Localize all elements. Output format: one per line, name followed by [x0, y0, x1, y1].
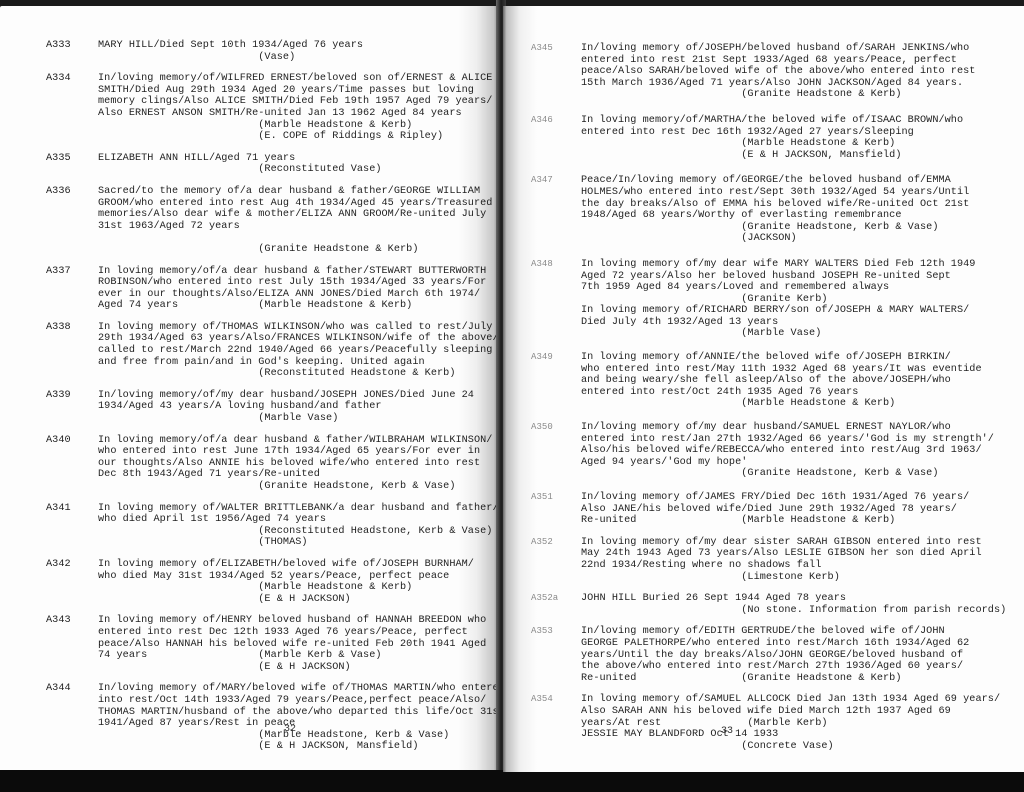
record-entry: A346In loving memory/of/MARTHA/the belov…	[531, 115, 1001, 161]
record-line: In/loving memory of/my dear husband/SAMU…	[581, 422, 1001, 434]
record-id: A343	[46, 615, 71, 627]
record-line	[98, 232, 486, 244]
record-line: entered into rest/Jan 27th 1932/Aged 66 …	[581, 434, 1001, 446]
record-line: In/loving memory of/EDITH GERTRUDE/the b…	[581, 626, 1001, 638]
record-line: called to rest/March 22nd 1940/Aged 66 y…	[98, 345, 486, 357]
record-inscription: In loving memory of/ANNIE/the beloved wi…	[581, 352, 1001, 410]
record-inscription: In/loving memory of/JOSEPH/beloved husba…	[581, 43, 1001, 101]
record-memorial-note: (Granite Headstone, Kerb & Vase)	[581, 468, 1001, 480]
record-line: Peace/In/loving memory of/GEORGE/the bel…	[581, 175, 1001, 187]
record-line: 29th 1934/Aged 63 years/Also/FRANCES WIL…	[98, 333, 486, 345]
page-number-right: 33	[721, 726, 733, 737]
record-line: In loving memory of/my dear wife MARY WA…	[581, 259, 1001, 271]
record-id: A339	[46, 390, 71, 402]
record-id: A336	[46, 186, 71, 198]
record-line: JESSIE MAY BLANDFORD Oct 14 1933	[581, 729, 1001, 741]
left-entries: A333MARY HILL/Died Sept 10th 1934/Aged 7…	[46, 40, 486, 753]
record-entry: A352aJOHN HILL Buried 26 Sept 1944 Aged …	[531, 593, 1001, 616]
record-entry: A340In loving memory/of/a dear husband &…	[46, 435, 486, 493]
record-line: into rest/Oct 14th 1933/Aged 79 years/Pe…	[98, 695, 486, 707]
record-id: A341	[46, 503, 71, 515]
record-line: In loving memory of/RICHARD BERRY/son of…	[581, 305, 1001, 317]
record-line: who entered into rest June 17th 1934/Age…	[98, 446, 486, 458]
record-memorial-note: (Limestone Kerb)	[581, 572, 1001, 584]
record-memorial-note: (E & H JACKSON, Mansfield)	[98, 741, 486, 753]
record-memorial-note: (Marble Headstone & Kerb)	[98, 582, 486, 594]
record-line: entered into rest Dec 16th 1932/Aged 27 …	[581, 127, 1001, 139]
record-memorial-note: (Concrete Vase)	[581, 741, 1001, 753]
record-inscription: In/loving memory of/MARY/beloved wife of…	[98, 683, 486, 753]
record-inscription: In loving memory/of/a dear husband & fat…	[98, 266, 486, 312]
record-line: our thoughts/Also ANNIE his beloved wife…	[98, 458, 486, 470]
record-line: years/Until the day breaks/Also/JOHN GEO…	[581, 650, 1001, 662]
record-memorial-note: (Vase)	[98, 52, 486, 64]
record-entry: A342In loving memory of/ELIZABETH/belove…	[46, 559, 486, 605]
record-entry: A336Sacred/to the memory of/a dear husba…	[46, 186, 486, 256]
record-line: Also ERNEST ANSON SMITH/Re-united Jan 13…	[98, 108, 486, 120]
record-line: 22nd 1934/Resting where no shadows fall	[581, 560, 1001, 572]
record-id: A338	[46, 322, 71, 334]
record-line: peace/Also HANNAH his beloved wife re-un…	[98, 639, 486, 651]
record-memorial-note: (E & H JACKSON)	[98, 594, 486, 606]
record-line: Also SARAH ANN his beloved wife Died Mar…	[581, 706, 1001, 718]
record-memorial-note: (E & H JACKSON, Mansfield)	[581, 150, 1001, 162]
record-line: who died April 1st 1956/Aged 74 years	[98, 514, 486, 526]
record-inscription: In loving memory of/ELIZABETH/beloved wi…	[98, 559, 486, 605]
record-memorial-note: (Granite Headstone & Kerb)	[98, 244, 486, 256]
record-line: 1934/Aged 43 years/A loving husband/and …	[98, 401, 486, 413]
record-line: entered into rest/Oct 24th 1935 Aged 76 …	[581, 387, 1001, 399]
record-inscription: In loving memory of/HENRY beloved husban…	[98, 615, 486, 673]
record-line: Dec 8th 1943/Aged 71 years/Re-united	[98, 469, 486, 481]
record-line: In loving memory/of/a dear husband & fat…	[98, 266, 486, 278]
record-line: Re-united (Marble Headstone & Kerb)	[581, 515, 1001, 527]
record-entry: A354In loving memory of/SAMUEL ALLCOCK D…	[531, 694, 1001, 752]
record-inscription: Peace/In/loving memory of/GEORGE/the bel…	[581, 175, 1001, 245]
record-memorial-note: (JACKSON)	[581, 233, 1001, 245]
record-inscription: In/loving memory/of/WILFRED ERNEST/belov…	[98, 73, 486, 143]
record-entry: A341In loving memory of/WALTER BRITTLEBA…	[46, 503, 486, 549]
right-page: A345In/loving memory of/JOSEPH/beloved h…	[503, 6, 1024, 772]
record-inscription: Sacred/to the memory of/a dear husband &…	[98, 186, 486, 256]
record-line: In loving memory of/SAMUEL ALLCOCK Died …	[581, 694, 1001, 706]
page-number-left: 32	[284, 724, 296, 735]
record-entry: A350In/loving memory of/my dear husband/…	[531, 422, 1001, 480]
record-line: In loving memory/of/MARTHA/the beloved w…	[581, 115, 1001, 127]
left-page: A333MARY HILL/Died Sept 10th 1934/Aged 7…	[0, 6, 500, 770]
record-memorial-note: (No stone. Information from parish recor…	[581, 605, 1001, 617]
record-line: 15th March 1936/Aged 71 years/Also JOHN …	[581, 78, 1001, 90]
record-id: A335	[46, 153, 71, 165]
record-memorial-note: (E. COPE of Riddings & Ripley)	[98, 131, 486, 143]
record-memorial-note: (THOMAS)	[98, 537, 486, 549]
record-memorial-note: (Marble Headstone & Kerb)	[581, 398, 1001, 410]
record-line: Also/his beloved wife/REBECCA/who entere…	[581, 445, 1001, 457]
record-inscription: In loving memory of/my dear sister SARAH…	[581, 537, 1001, 583]
record-entry: A339In/loving memory/of/my dear husband/…	[46, 390, 486, 425]
record-line: In loving memory/of/a dear husband & fat…	[98, 435, 486, 447]
record-line: Aged 72 years/Also her beloved husband J…	[581, 271, 1001, 283]
record-line: and being weary/she fell asleep/Also of …	[581, 375, 1001, 387]
record-line: In loving memory of/THOMAS WILKINSON/who…	[98, 322, 486, 334]
record-inscription: MARY HILL/Died Sept 10th 1934/Aged 76 ye…	[98, 40, 486, 63]
record-line: JOHN HILL Buried 26 Sept 1944 Aged 78 ye…	[581, 593, 1001, 605]
record-line: Also JANE/his beloved wife/Died June 29t…	[581, 504, 1001, 516]
record-entry: A343In loving memory of/HENRY beloved hu…	[46, 615, 486, 673]
record-line: entered into rest Dec 12th 1933 Aged 76 …	[98, 627, 486, 639]
record-memorial-note: (Reconstituted Headstone, Kerb & Vase)	[98, 526, 486, 538]
record-line: In loving memory of/ELIZABETH/beloved wi…	[98, 559, 486, 571]
record-line: 74 years (Marble Kerb & Vase)	[98, 650, 486, 662]
record-line: ELIZABETH ANN HILL/Aged 71 years	[98, 153, 486, 165]
gutter-shadow-left	[458, 6, 500, 770]
record-inscription: In loving memory of/my dear wife MARY WA…	[581, 259, 1001, 340]
record-memorial-note: (Granite Kerb)	[581, 294, 1001, 306]
right-entries: A345In/loving memory of/JOSEPH/beloved h…	[531, 43, 1001, 752]
record-inscription: In/loving memory of/EDITH GERTRUDE/the b…	[581, 626, 1001, 684]
record-inscription: ELIZABETH ANN HILL/Aged 71 years (Recons…	[98, 153, 486, 176]
record-line: In/loving memory of/JAMES FRY/Died Dec 1…	[581, 492, 1001, 504]
record-id: A344	[46, 683, 71, 695]
record-memorial-note: (Reconstituted Vase)	[98, 164, 486, 176]
record-line: In loving memory of/my dear sister SARAH…	[581, 537, 1001, 549]
record-entry: A335ELIZABETH ANN HILL/Aged 71 years (Re…	[46, 153, 486, 176]
record-line: In/loving memory of/MARY/beloved wife of…	[98, 683, 486, 695]
record-entry: A349In loving memory of/ANNIE/the belove…	[531, 352, 1001, 410]
record-entry: A352In loving memory of/my dear sister S…	[531, 537, 1001, 583]
record-line: 31st 1963/Aged 72 years	[98, 221, 486, 233]
record-memorial-note: (Reconstituted Headstone & Kerb)	[98, 368, 486, 380]
record-line: the day breaks/Also of EMMA his beloved …	[581, 199, 1001, 211]
record-line: THOMAS MARTIN/husband of the above/who d…	[98, 707, 486, 719]
record-line: and free from pain/and in God's keeping.…	[98, 357, 486, 369]
record-line: Aged 94 years/'God my hope'	[581, 457, 1001, 469]
record-line: GEORGE PALETHORPE/who entered into rest/…	[581, 638, 1001, 650]
record-id: A333	[46, 40, 71, 52]
record-inscription: In loving memory of/THOMAS WILKINSON/who…	[98, 322, 486, 380]
record-line: GROOM/who entered into rest Aug 4th 1934…	[98, 198, 486, 210]
record-line: In/loving memory of/JOSEPH/beloved husba…	[581, 43, 1001, 55]
record-memorial-note: (Marble Headstone & Kerb)	[581, 138, 1001, 150]
record-line: memory clings/Also ALICE SMITH/Died Feb …	[98, 96, 486, 108]
record-entry: A353In/loving memory of/EDITH GERTRUDE/t…	[531, 626, 1001, 684]
record-line: Aged 74 years (Marble Headstone & Kerb)	[98, 300, 486, 312]
record-inscription: In loving memory/of/a dear husband & fat…	[98, 435, 486, 493]
record-line: who entered into rest/May 11th 1932 Aged…	[581, 364, 1001, 376]
record-id: A340	[46, 435, 71, 447]
record-entry: A334In/loving memory/of/WILFRED ERNEST/b…	[46, 73, 486, 143]
record-line: SMITH/Died Aug 29th 1934 Aged 20 years/T…	[98, 85, 486, 97]
record-id: A334	[46, 73, 71, 85]
record-id: A342	[46, 559, 71, 571]
record-memorial-note: (Marble Vase)	[581, 328, 1001, 340]
record-memorial-note: (Granite Headstone & Kerb)	[581, 89, 1001, 101]
record-line: MARY HILL/Died Sept 10th 1934/Aged 76 ye…	[98, 40, 486, 52]
record-line: years/At rest (Marble Kerb)	[581, 718, 1001, 730]
record-line: the above/who entered into rest/March 27…	[581, 661, 1001, 673]
record-entry: A338In loving memory of/THOMAS WILKINSON…	[46, 322, 486, 380]
record-entry: A344In/loving memory of/MARY/beloved wif…	[46, 683, 486, 753]
record-line: peace/Also SARAH/beloved wife of the abo…	[581, 66, 1001, 78]
record-memorial-note: (Granite Headstone, Kerb & Vase)	[581, 222, 1001, 234]
record-line: 7th 1959 Aged 84 years/Loved and remembe…	[581, 282, 1001, 294]
record-inscription: JOHN HILL Buried 26 Sept 1944 Aged 78 ye…	[581, 593, 1001, 616]
gutter-shadow-right	[503, 6, 537, 772]
record-inscription: In/loving memory/of/my dear husband/JOSE…	[98, 390, 486, 425]
record-line: May 24th 1943 Aged 73 years/Also LESLIE …	[581, 548, 1001, 560]
record-line: In/loving memory/of/WILFRED ERNEST/belov…	[98, 73, 486, 85]
record-line: who died May 31st 1934/Aged 52 years/Pea…	[98, 571, 486, 583]
record-inscription: In/loving memory of/JAMES FRY/Died Dec 1…	[581, 492, 1001, 527]
record-entry: A347Peace/In/loving memory of/GEORGE/the…	[531, 175, 1001, 245]
record-memorial-note: (Marble Vase)	[98, 413, 486, 425]
record-line: Re-united (Granite Headstone & Kerb)	[581, 673, 1001, 685]
record-entry: A345In/loving memory of/JOSEPH/beloved h…	[531, 43, 1001, 101]
record-memorial-note: (E & H JACKSON)	[98, 662, 486, 674]
record-inscription: In loving memory/of/MARTHA/the beloved w…	[581, 115, 1001, 161]
record-line: In loving memory of/WALTER BRITTLEBANK/a…	[98, 503, 486, 515]
record-memorial-note: (Granite Headstone, Kerb & Vase)	[98, 481, 486, 493]
record-line: In loving memory of/HENRY beloved husban…	[98, 615, 486, 627]
record-inscription: In loving memory of/SAMUEL ALLCOCK Died …	[581, 694, 1001, 752]
record-line: 1948/Aged 68 years/Worthy of everlasting…	[581, 210, 1001, 222]
record-line: HOLMES/who entered into rest/Sept 30th 1…	[581, 187, 1001, 199]
record-inscription: In/loving memory of/my dear husband/SAMU…	[581, 422, 1001, 480]
record-line: Died July 4th 1932/Aged 13 years	[581, 317, 1001, 329]
record-entry: A351In/loving memory of/JAMES FRY/Died D…	[531, 492, 1001, 527]
record-line: ever in our thoughts/Also/ELIZA ANN JONE…	[98, 289, 486, 301]
record-line: In/loving memory/of/my dear husband/JOSE…	[98, 390, 486, 402]
record-entry: A333MARY HILL/Died Sept 10th 1934/Aged 7…	[46, 40, 486, 63]
record-entry: A337In loving memory/of/a dear husband &…	[46, 266, 486, 312]
record-line: In loving memory of/ANNIE/the beloved wi…	[581, 352, 1001, 364]
record-line: ROBINSON/who entered into rest July 15th…	[98, 277, 486, 289]
record-entry: A348In loving memory of/my dear wife MAR…	[531, 259, 1001, 340]
record-id: A337	[46, 266, 71, 278]
record-line: entered into rest 21st Sept 1933/Aged 68…	[581, 55, 1001, 67]
record-line: memories/Also dear wife & mother/ELIZA A…	[98, 209, 486, 221]
record-line: Sacred/to the memory of/a dear husband &…	[98, 186, 486, 198]
record-inscription: In loving memory of/WALTER BRITTLEBANK/a…	[98, 503, 486, 549]
record-memorial-note: (Marble Headstone & Kerb)	[98, 120, 486, 132]
